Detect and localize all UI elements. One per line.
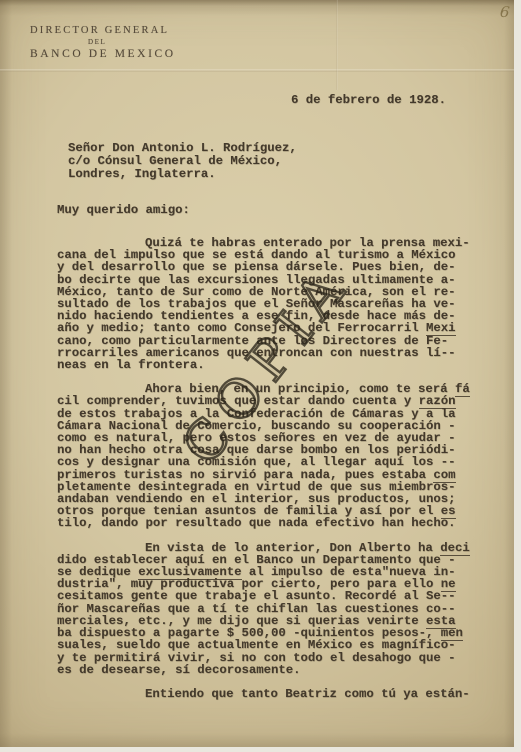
- letter-line: tilo, dando por resultado que nada efect…: [57, 517, 473, 529]
- letter-line: es de desearse, sí decorosamente.: [57, 664, 473, 676]
- letter-line: neas en la frontera.: [57, 359, 473, 371]
- paragraph: Quizá te habras enterado por la prensa m…: [57, 237, 473, 371]
- letter-paper: DIRECTOR GENERAL DEL BANCO DE MEXICO 6 6…: [0, 0, 514, 747]
- paragraph: Entiendo que tanto Beatriz como tú ya es…: [57, 688, 473, 700]
- salutation: Muy querido amigo:: [57, 203, 190, 217]
- letterhead: DIRECTOR GENERAL DEL BANCO DE MEXICO: [30, 25, 176, 60]
- letterhead-bank-name: BANCO DE MEXICO: [30, 48, 176, 60]
- date-line: 6 de febrero de 1928.: [291, 93, 446, 107]
- paragraph: Ahora bien, en un principio, como te ser…: [57, 383, 473, 529]
- paper-crease-vertical: [336, 0, 338, 90]
- letter-body: Quizá te habras enterado por la prensa m…: [57, 237, 473, 712]
- paragraph: En vista de lo anterior, Don Alberto ha …: [57, 542, 473, 676]
- page-number-annotation: 6: [499, 3, 510, 22]
- letter-line: Entiendo que tanto Beatriz como tú ya es…: [57, 688, 473, 700]
- scanned-letter-page: DIRECTOR GENERAL DEL BANCO DE MEXICO 6 6…: [0, 0, 521, 752]
- letterhead-del: DEL: [88, 38, 176, 46]
- letterhead-title: DIRECTOR GENERAL: [30, 25, 176, 36]
- recipient-address: Señor Don Antonio L. Rodríguez,c/o Cónsu…: [68, 142, 297, 182]
- paper-crease-horizontal: [0, 69, 514, 72]
- recipient-line: Londres, Inglaterra.: [68, 168, 297, 181]
